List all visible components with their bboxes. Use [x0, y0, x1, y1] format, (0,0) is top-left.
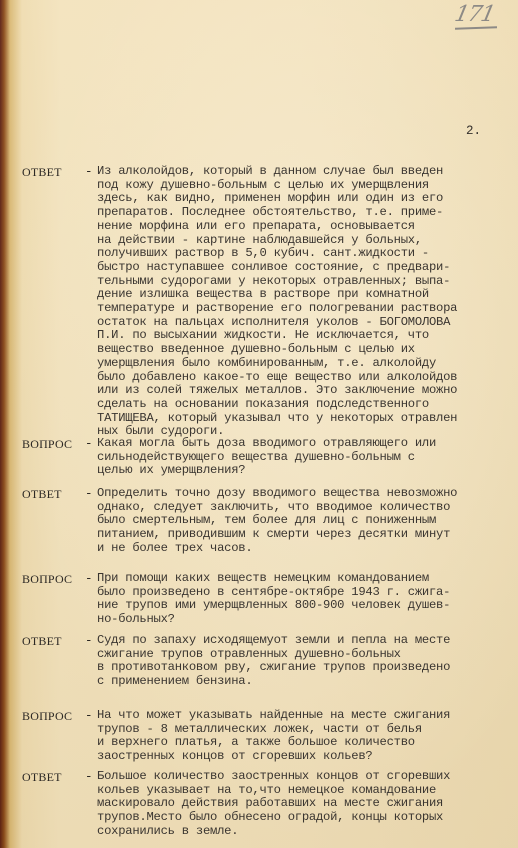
text-line: сохранились в земле.	[97, 825, 518, 839]
section-text: Большое количество заостренных концов от…	[97, 770, 518, 839]
text-line: было произведено в сентябре-октябре 1943…	[97, 586, 518, 600]
text-line: под кожу душевно-больным с целью их умер…	[97, 179, 518, 193]
text-line: При помощи каких веществ немецким команд…	[97, 572, 518, 586]
text-line: Из алколойдов, который в данном случае б…	[97, 165, 518, 179]
text-line: заостренных концов от сгоревших кольев?	[97, 750, 518, 764]
section-text: Какая могла быть доза вводимого отравляю…	[97, 437, 518, 478]
question-label: ВОПРОС	[22, 572, 72, 587]
text-line: и верхнего платья, а также большое колич…	[97, 736, 518, 750]
text-line: маскировало действия работавших на месте…	[97, 797, 518, 811]
text-line: и не более трех часов.	[97, 542, 518, 556]
text-line: быстро наступавшее сонливое состояние, с…	[97, 261, 518, 275]
question-label: ВОПРОС	[22, 709, 72, 724]
text-line: целью их умерщвления?	[97, 464, 518, 478]
section-text: Определить точно дозу вводимого вещества…	[97, 487, 518, 556]
text-line: препаратов. Последнее обстоятельство, т.…	[97, 206, 518, 220]
text-line: получивших раствор в 5,0 кубич. сант.жид…	[97, 247, 518, 261]
text-line: дение излишка вещества в растворе при ко…	[97, 288, 518, 302]
text-line: трупов - 8 металлических ложек, части от…	[97, 723, 518, 737]
label-dash: -	[85, 770, 93, 784]
text-line: однако, следует заключить, что вводимое …	[97, 501, 518, 515]
text-line: нение морфина или его препарата, основыв…	[97, 220, 518, 234]
text-line: температуре и растворение его пологреван…	[97, 302, 518, 316]
text-line: вещество введенное душевно-больным с цел…	[97, 343, 518, 357]
text-line: Определить точно дозу вводимого вещества…	[97, 487, 518, 501]
label-dash: -	[85, 437, 93, 451]
text-line: трупов.Место было обнесено оградой, конц…	[97, 811, 518, 825]
text-line: ТАТИЩЕВА, который указывал что у некотор…	[97, 412, 518, 426]
text-line: было добавлено какое-то еще вещество или…	[97, 371, 518, 385]
section-text: Из алколойдов, который в данном случае б…	[97, 165, 518, 439]
text-line: умерщвления было комбинированным, т.е. а…	[97, 357, 518, 371]
text-line: Судя по запаху исходящемуот земли и пепл…	[97, 634, 518, 648]
text-line: кольев указывает на то,что немецкое кома…	[97, 784, 518, 798]
answer-label: ОТВЕТ	[22, 487, 62, 502]
question-label: ВОПРОС	[22, 437, 72, 452]
text-line: или из солей тяжелых металлов. Это заклю…	[97, 384, 518, 398]
text-line: сильнодействующего вещества душевно-боль…	[97, 451, 518, 465]
text-line: было смертельным, тем более для лиц с по…	[97, 514, 518, 528]
answer-label: ОТВЕТ	[22, 770, 62, 785]
handwritten-folio-number: 171	[452, 2, 496, 27]
text-line: Какая могла быть доза вводимого отравляю…	[97, 437, 518, 451]
text-line: П.И. по высыхании жидкости. Не исключает…	[97, 329, 518, 343]
text-line: на действии - картине наблюдавшейся у бо…	[97, 234, 518, 248]
label-dash: -	[85, 572, 93, 586]
label-dash: -	[85, 709, 93, 723]
text-line: На что может указывать найденные на мест…	[97, 709, 518, 723]
text-line: с применением бензина.	[97, 675, 518, 689]
label-dash: -	[85, 165, 93, 179]
label-dash: -	[85, 487, 93, 501]
page-number: 2.	[466, 124, 481, 138]
text-line: в противотанковом рву, сжигание трупов п…	[97, 661, 518, 675]
text-line: питанием, приводившим к смерти через дес…	[97, 528, 518, 542]
answer-label: ОТВЕТ	[22, 634, 62, 649]
text-line: тельными судорогами у некоторых отравлен…	[97, 275, 518, 289]
section-text: Судя по запаху исходящемуот земли и пепл…	[97, 634, 518, 689]
text-line: остаток на пальцах исполнителя уколов - …	[97, 316, 518, 330]
text-line: но-больных?	[97, 613, 518, 627]
text-line: Большое количество заостренных концов от…	[97, 770, 518, 784]
folio-underline	[455, 26, 497, 29]
section-text: При помощи каких веществ немецким команд…	[97, 572, 518, 627]
answer-label: ОТВЕТ	[22, 165, 62, 180]
section-text: На что может указывать найденные на мест…	[97, 709, 518, 764]
text-line: здесь, как видно, применен морфин или од…	[97, 192, 518, 206]
label-dash: -	[85, 634, 93, 648]
text-line: сделать на основании показания подследст…	[97, 398, 518, 412]
text-line: ние трупов ими умерщвленных 800-900 чело…	[97, 599, 518, 613]
text-line: сжигание трупов отравленных душевно-боль…	[97, 648, 518, 662]
